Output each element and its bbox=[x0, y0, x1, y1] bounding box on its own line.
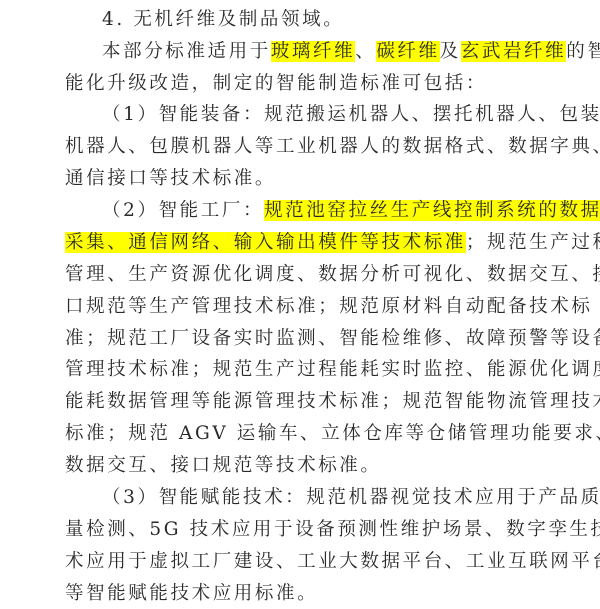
highlight-carbon-fiber: 碳纤维 bbox=[376, 41, 439, 62]
section-heading: 4. 无机纤维及制品领域。 bbox=[102, 8, 578, 32]
intro-text: 的智 bbox=[566, 41, 600, 62]
intro-line-2: 能化升级改造，制定的智能制造标准可包括： bbox=[65, 72, 541, 96]
item-2-line-3: 管理、生产资源优化调度、数据分析可视化、数据交互、接 bbox=[65, 263, 541, 287]
intro-separator: 及 bbox=[440, 41, 461, 62]
item-1-line-1: （1）智能装备：规范搬运机器人、摆托机器人、包装 bbox=[102, 103, 578, 127]
highlight-basalt-fiber: 玄武岩纤维 bbox=[461, 41, 567, 62]
intro-text: 本部分标准适用于 bbox=[102, 41, 271, 62]
item-2-line-4: 口规范等生产管理技术标准；规范原材料自动配备技术标 bbox=[65, 295, 541, 319]
intro-line-1: 本部分标准适用于玻璃纤维、碳纤维及玄武岩纤维的智 bbox=[102, 40, 578, 64]
item-3-line-2: 量检测、5G 技术应用于设备预测性维护场景、数字孪生技 bbox=[65, 518, 541, 542]
highlight-glass-fiber: 玻璃纤维 bbox=[271, 41, 355, 62]
highlight-item-2: 规范池窑拉丝生产线控制系统的数据 bbox=[264, 200, 600, 221]
item-2-line-1: （2）智能工厂：规范池窑拉丝生产线控制系统的数据 bbox=[102, 199, 578, 223]
item-2-line-9: 数据交互、接口规范等技术标准。 bbox=[65, 454, 541, 478]
item-3-line-3: 术应用于虚拟工厂建设、工业大数据平台、工业互联网平台 bbox=[65, 550, 541, 574]
document-page: 4. 无机纤维及制品领域。 本部分标准适用于玻璃纤维、碳纤维及玄武岩纤维的智 能… bbox=[0, 0, 600, 609]
intro-separator: 、 bbox=[355, 41, 376, 62]
item-3-line-1: （3）智能赋能技术：规范机器视觉技术应用于产品质 bbox=[102, 486, 578, 510]
item-1-line-2: 机器人、包膜机器人等工业机器人的数据格式、数据字典、 bbox=[65, 135, 541, 159]
item-2-line-5: 准；规范工厂设备实时监测、智能检维修、故障预警等设备 bbox=[65, 327, 541, 351]
highlight-item-2-cont: 采集、通信网络、输入输出模件等技术标准 bbox=[65, 232, 466, 253]
item-2-text: ；规范生产过程 bbox=[466, 232, 600, 253]
item-2-line-6: 管理技术标准；规范生产过程能耗实时监控、能源优化调度、 bbox=[65, 358, 541, 382]
item-1-line-3: 通信接口等技术标准。 bbox=[65, 167, 541, 191]
item-2-label: （2）智能工厂： bbox=[102, 200, 264, 221]
item-2-line-8: 标准；规范 AGV 运输车、立体仓库等仓储管理功能要求、 bbox=[65, 422, 541, 446]
item-2-line-2: 采集、通信网络、输入输出模件等技术标准；规范生产过程 bbox=[65, 231, 541, 255]
item-3-line-4: 等智能赋能技术应用标准。 bbox=[65, 582, 541, 606]
item-2-line-7: 能耗数据管理等能源管理技术标准；规范智能物流管理技术 bbox=[65, 390, 541, 414]
